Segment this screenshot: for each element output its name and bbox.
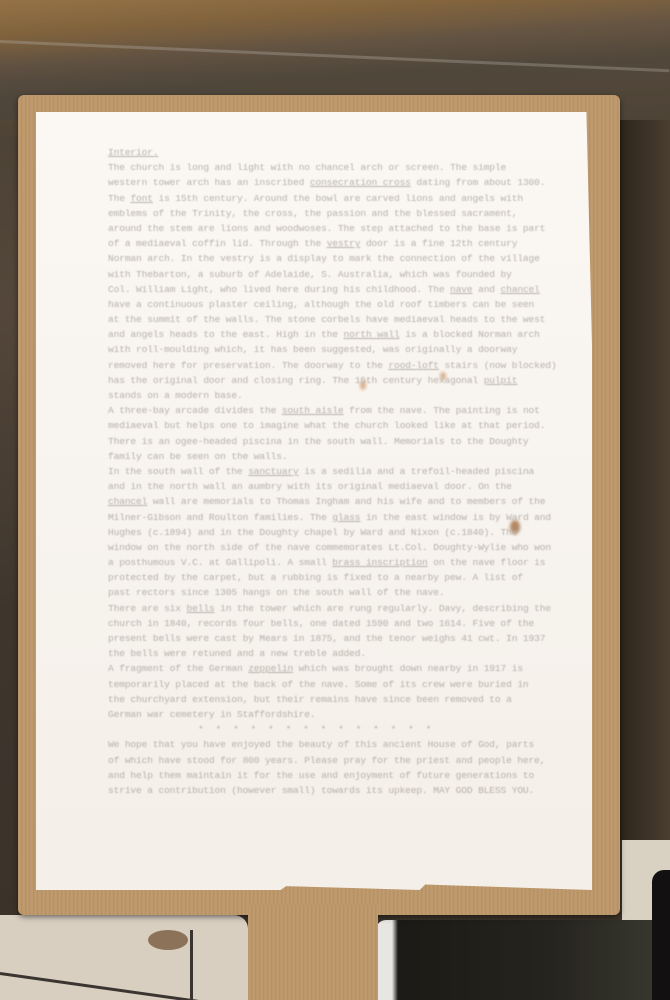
underlined-term: vestry: [327, 238, 361, 249]
underlined-term: consecration cross: [310, 177, 411, 188]
text-line: western tower arch has an inscribed cons…: [108, 175, 576, 190]
underlined-term: rood-loft: [388, 360, 438, 371]
text-line: There are six bells in the tower which a…: [108, 601, 576, 616]
text-line: temporarily placed at the back of the na…: [108, 677, 576, 692]
separator: * * * * * * * * * * * * * *: [108, 722, 576, 737]
stone-stain: [148, 930, 188, 950]
text-line: a posthumous V.C. at Gallipoli. A small …: [108, 555, 576, 570]
text-line: removed here for preservation. The doorw…: [108, 358, 576, 373]
text-line: chancel wall are memorials to Thomas Ing…: [108, 494, 576, 509]
text-line: family can be seen on the walls.: [108, 449, 576, 464]
text-line: past rectors since 1305 hangs on the sou…: [108, 585, 576, 600]
dark-object: [652, 870, 670, 1000]
underlined-term: sanctuary: [248, 466, 298, 477]
text-line: The font is 15th century. Around the bow…: [108, 191, 576, 206]
paragraph: There are six bells in the tower which a…: [108, 601, 576, 662]
text-line: church in 1840, records four bells, one …: [108, 616, 576, 631]
text-line: A three-bay arcade divides the south ais…: [108, 403, 576, 418]
underlined-term: zeppelin: [248, 663, 293, 674]
underlined-term: pulpit: [484, 375, 518, 386]
text-line: We hope that you have enjoyed the beauty…: [108, 737, 576, 752]
underlined-term: nave: [450, 284, 472, 295]
text-line: of which have stood for 800 years. Pleas…: [108, 753, 576, 768]
closing-paragraph: We hope that you have enjoyed the beauty…: [108, 737, 576, 798]
underlined-term: chancel: [501, 284, 540, 295]
underlined-term: font: [130, 193, 152, 204]
text-line: emblems of the Trinity, the cross, the p…: [108, 206, 576, 221]
text-line: the churchyard extension, but their rema…: [108, 692, 576, 707]
text-line: There is an ogee-headed piscina in the s…: [108, 434, 576, 449]
text-line: Norman arch. In the vestry is a display …: [108, 251, 576, 266]
text-line: Col. William Light, who lived here durin…: [108, 282, 576, 297]
clipboard-handle: [248, 905, 378, 1000]
text-line: with roll-moulding which, it has been su…: [108, 342, 576, 357]
underlined-term: north wall: [344, 329, 400, 340]
text-line: The church is long and light with no cha…: [108, 160, 576, 175]
text-line: and in the north wall an aumbry with its…: [108, 479, 576, 494]
text-line: of a mediaeval coffin lid. Through the v…: [108, 236, 576, 251]
floor-stone: [0, 915, 248, 1000]
underlined-term: brass inscription: [332, 557, 427, 568]
text-line: and help them maintain it for the use an…: [108, 768, 576, 783]
text-line: Milner-Gibson and Roulton families. The …: [108, 510, 576, 525]
text-line: and angels heads to the east. High in th…: [108, 327, 576, 342]
underlined-term: glass: [332, 512, 360, 523]
text-line: stands on a modern base.: [108, 388, 576, 403]
text-line: around the stem are lions and woodwoses.…: [108, 221, 576, 236]
text-line: protected by the carpet, but a rubbing i…: [108, 570, 576, 585]
text-line: A fragment of the German zeppelin which …: [108, 661, 576, 676]
table-shadow: [615, 120, 670, 840]
paragraph: A fragment of the German zeppelin which …: [108, 661, 576, 722]
paragraph: In the south wall of the sanctuary is a …: [108, 464, 576, 601]
typewritten-text: Interior. The church is long and light w…: [108, 145, 576, 798]
text-line: German war cemetery in Staffordshire.: [108, 707, 576, 722]
paragraph: A three-bay arcade divides the south ais…: [108, 403, 576, 464]
text-line: has the original door and closing ring. …: [108, 373, 576, 388]
document-heading: Interior.: [108, 145, 576, 160]
dark-object: [376, 920, 670, 1000]
underlined-term: south aisle: [282, 405, 344, 416]
paragraph: The church is long and light with no cha…: [108, 160, 576, 403]
text-line: In the south wall of the sanctuary is a …: [108, 464, 576, 479]
stone-crack: [190, 930, 193, 1000]
text-line: mediaeval but helps one to imagine what …: [108, 418, 576, 433]
text-line: the bells were retuned and a new treble …: [108, 646, 576, 661]
document-body: The church is long and light with no cha…: [108, 160, 576, 722]
text-line: with Thebarton, a suburb of Adelaide, S.…: [108, 267, 576, 282]
text-line: window on the north side of the nave com…: [108, 540, 576, 555]
underlined-term: bells: [187, 603, 215, 614]
text-line: present bells were cast by Mears in 1875…: [108, 631, 576, 646]
text-line: have a continuous plaster ceiling, altho…: [108, 297, 576, 312]
underlined-term: chancel: [108, 496, 147, 507]
text-line: strive a contribution (however small) to…: [108, 783, 576, 798]
text-line: Hughes (c.1894) and in the Doughty chape…: [108, 525, 576, 540]
text-line: at the summit of the walls. The stone co…: [108, 312, 576, 327]
